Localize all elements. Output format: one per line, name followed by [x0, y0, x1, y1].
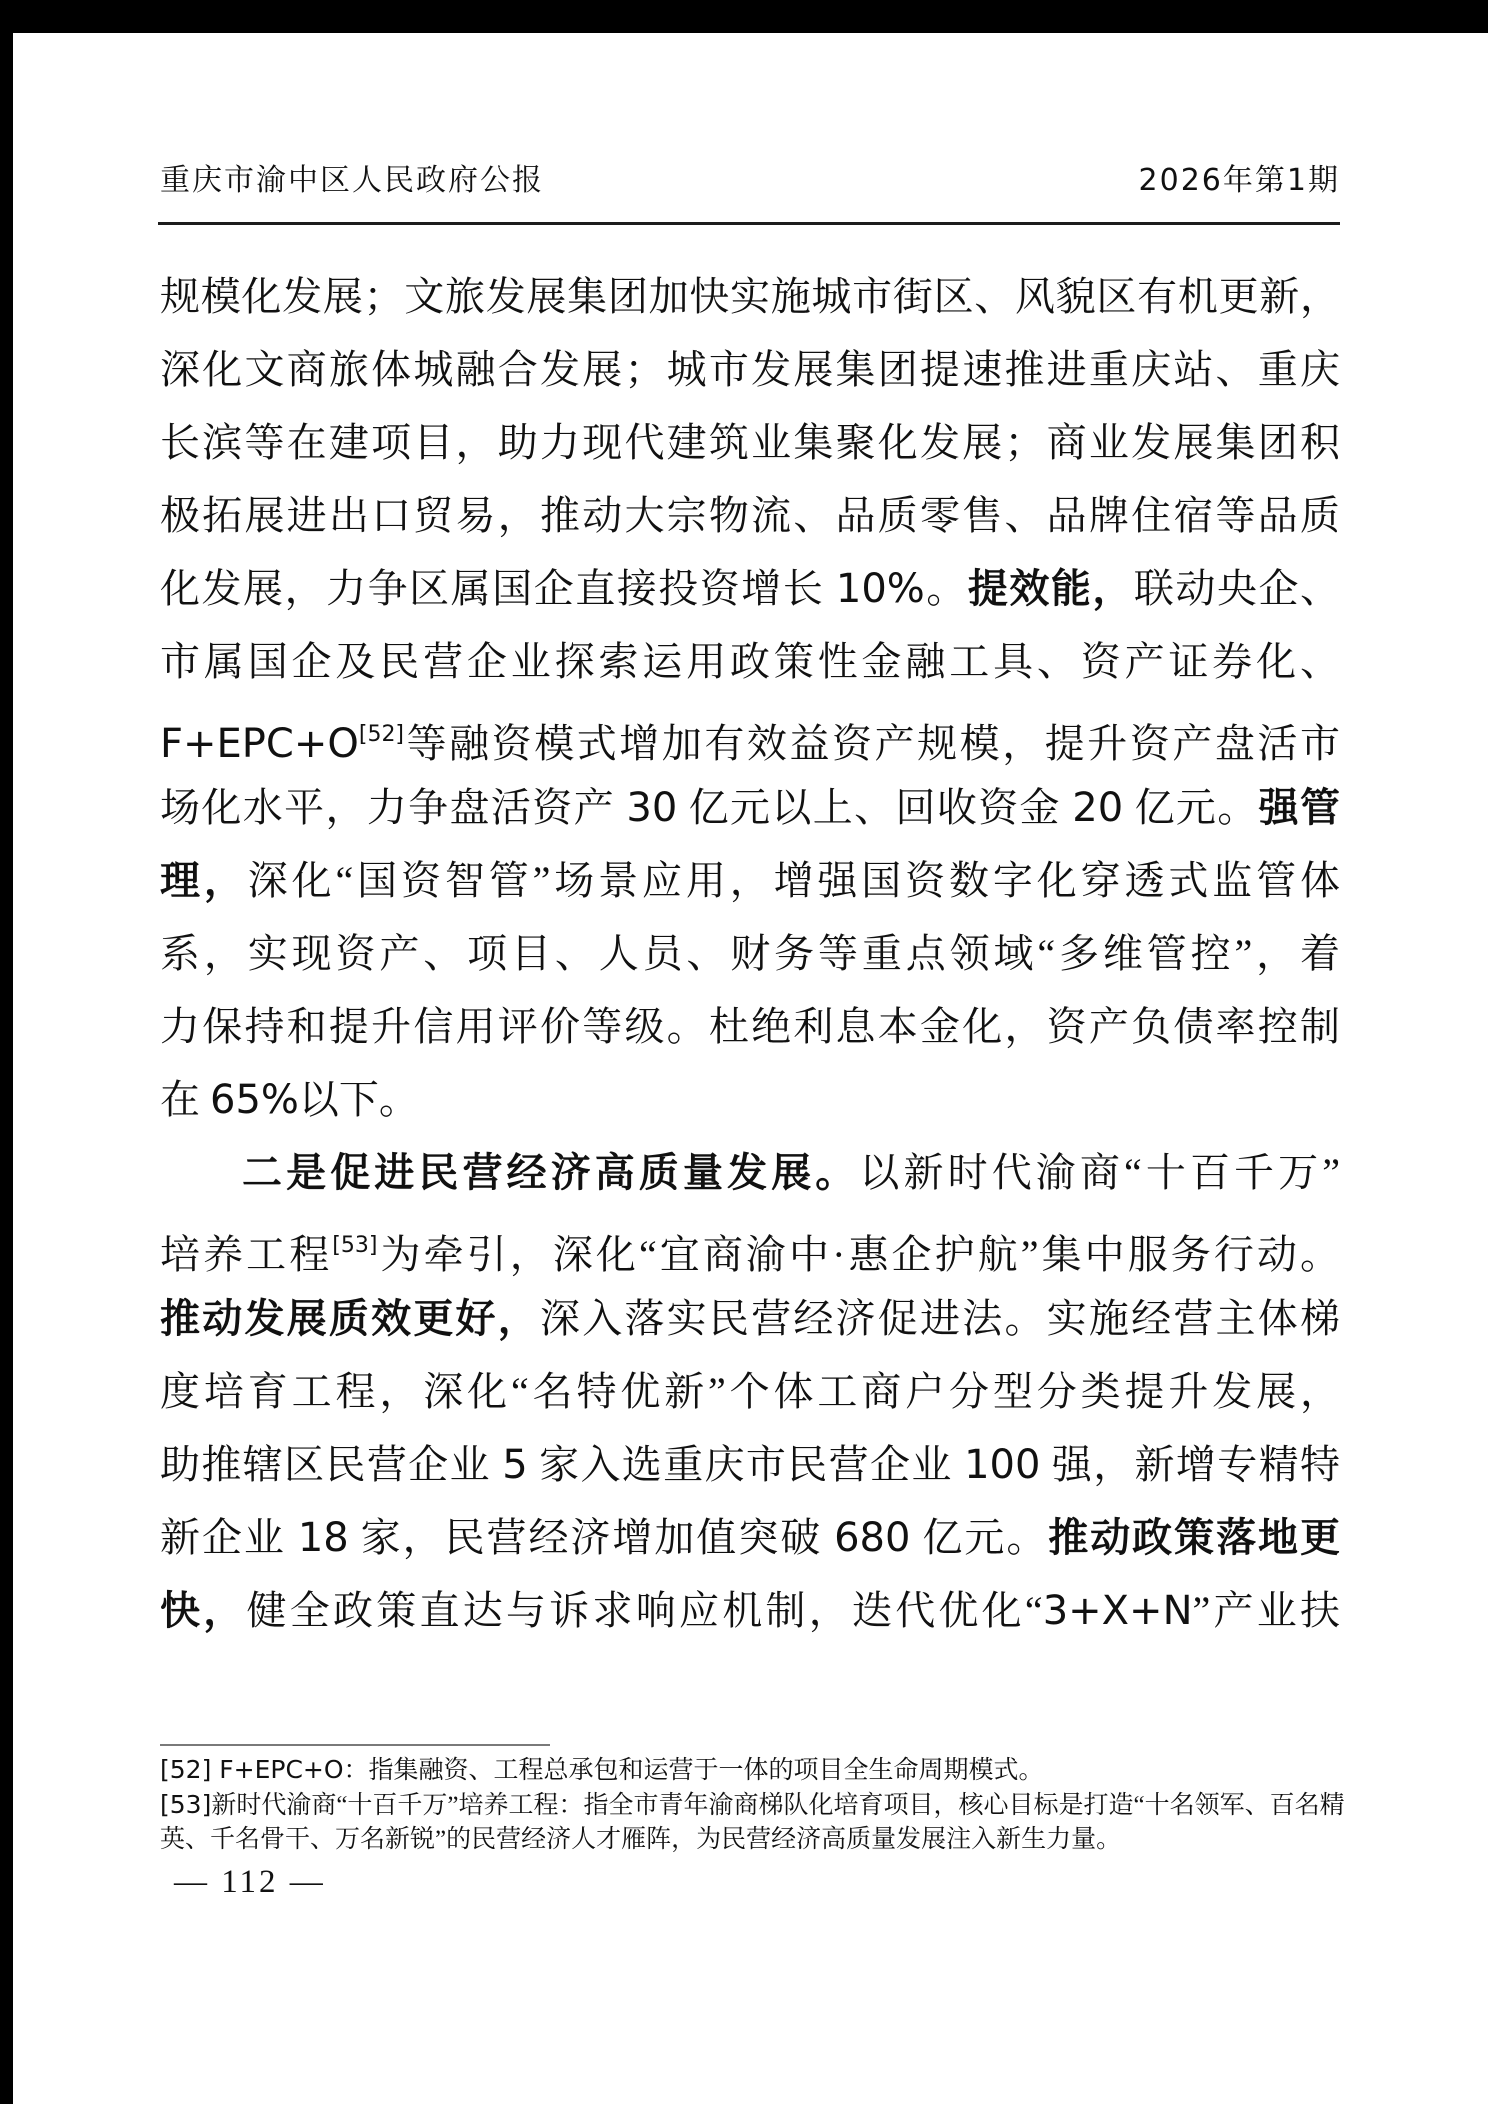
text-segment: 。 — [925, 566, 968, 611]
body-line: 培养工程[53]为牵引，深化“宜商渝中·惠企护航”集中服务行动。 — [160, 1209, 1340, 1282]
text-segment: 年第 — [1223, 164, 1287, 197]
text-segment: 期 — [1308, 164, 1340, 197]
text-segment: 以下。 — [299, 1077, 419, 1122]
body-line: F+EPC+O[52]等融资模式增加有效益资产规模，提升资产盘活市 — [160, 698, 1340, 771]
text-segment: 强，新增专精特 — [1040, 1442, 1340, 1487]
body-line: 规模化发展；文旅发展集团加快实施城市街区、风貌区有机更新， — [160, 260, 1340, 333]
text-segment: 新时代渝商“十百千万”培养工程：指全市青年渝商梯队化培育项目，核心目标是打造“十… — [211, 1792, 1344, 1819]
text-segment: ”产业扶 — [1193, 1588, 1341, 1633]
text-segment: 以新时代渝商“十百千万” — [859, 1150, 1340, 1195]
body-line: 二是促进民营经济高质量发展。以新时代渝商“十百千万” — [160, 1136, 1340, 1209]
body-line: 理，深化“国资智管”场景应用，增强国资数字化穿透式监管体 — [160, 844, 1340, 917]
body-line: 市属国企及民营企业探索运用政策性金融工具、资产证券化、 — [160, 625, 1340, 698]
text-segment: 在 — [160, 1077, 210, 1122]
text-segment: 快， — [160, 1588, 247, 1633]
text-segment: 深化文商旅体城融合发展；城市发展集团提速推进重庆站、重庆 — [160, 347, 1340, 392]
document-body: 规模化发展；文旅发展集团加快实施城市街区、风貌区有机更新，深化文商旅体城融合发展… — [160, 260, 1340, 1647]
text-segment: 家，民营经济增加值突破 — [349, 1515, 834, 1560]
text-segment: 30 — [626, 785, 677, 831]
body-line: 力保持和提升信用评价等级。杜绝利息本金化，资产负债率控制 — [160, 990, 1340, 1063]
text-segment: 化发展，力争区属国企直接投资增长 — [160, 566, 836, 611]
text-segment: 力保持和提升信用评价等级。杜绝利息本金化，资产负债率控制 — [160, 1004, 1340, 1049]
body-line: 新企业 18 家，民营经济增加值突破 680 亿元。推动政策落地更 — [160, 1501, 1340, 1574]
scan-border-left — [0, 0, 13, 2104]
scan-border-top — [0, 0, 1488, 33]
footnote-line: 英、千名骨干、万名新锐”的民营经济人才雁阵，为民营经济高质量发展注入新生力量。 — [160, 1822, 1350, 1857]
body-line: 度培育工程，深化“名特优新”个体工商户分型分类提升发展， — [160, 1355, 1340, 1428]
text-segment: [52] F+EPC+O — [160, 1755, 344, 1784]
body-line: 化发展，力争区属国企直接投资增长 10%。提效能，联动央企、 — [160, 552, 1340, 625]
body-line: 长滨等在建项目，助力现代建筑业集聚化发展；商业发展集团积 — [160, 406, 1340, 479]
text-segment: 推动政策落地更 — [1048, 1515, 1340, 1560]
text-segment: 推动发展质效更好， — [160, 1296, 540, 1341]
footnote-separator — [160, 1744, 550, 1746]
text-segment: 5 — [502, 1442, 527, 1488]
body-line: 助推辖区民营企业 5 家入选重庆市民营企业 100 强，新增专精特 — [160, 1428, 1340, 1501]
text-segment: 为牵引，深化“宜商渝中·惠企护航”集中服务行动。 — [377, 1232, 1340, 1277]
text-segment: 3+X+N — [1043, 1588, 1193, 1634]
page-number: — 112 — — [174, 1864, 326, 1901]
body-line: 极拓展进出口贸易，推动大宗物流、品质零售、品牌住宿等品质 — [160, 479, 1340, 552]
text-segment: 市属国企及民营企业探索运用政策性金融工具、资产证券化、 — [160, 639, 1340, 684]
text-segment: 亿元以上、回收资金 — [677, 785, 1072, 830]
text-segment: 亿元。 — [910, 1515, 1048, 1560]
text-segment: 10% — [836, 566, 925, 612]
footnotes: [52] F+EPC+O：指集融资、工程总承包和运营于一体的项目全生命周期模式。… — [160, 1752, 1350, 1857]
text-segment: [53] — [160, 1790, 211, 1819]
text-segment: F+EPC+O — [160, 721, 359, 767]
text-segment: 系，实现资产、项目、人员、财务等重点领域“多维管控”，着 — [160, 931, 1340, 976]
text-segment: 长滨等在建项目，助力现代建筑业集聚化发展；商业发展集团积 — [160, 420, 1340, 465]
footnote-ref: [53] — [332, 1233, 377, 1258]
text-segment: 1 — [1287, 163, 1308, 198]
body-line: 快，健全政策直达与诉求响应机制，迭代优化“3+X+N”产业扶 — [160, 1574, 1340, 1647]
text-segment: 助推辖区民营企业 — [160, 1442, 502, 1487]
header-rule — [158, 222, 1340, 225]
text-segment: 家入选重庆市民营企业 — [528, 1442, 964, 1487]
gazette-title: 重庆市渝中区人民政府公报 — [160, 164, 544, 198]
text-segment: 680 — [834, 1515, 910, 1561]
text-segment: 等融资模式增加有效益资产规模，提升资产盘活市 — [404, 721, 1340, 766]
footnote-ref: [52] — [359, 722, 404, 747]
text-segment: 20 — [1072, 785, 1123, 831]
text-segment: 深入落实民营经济促进法。实施经营主体梯 — [540, 1296, 1340, 1341]
text-segment: 18 — [298, 1515, 349, 1561]
footnote-line: [52] F+EPC+O：指集融资、工程总承包和运营于一体的项目全生命周期模式。 — [160, 1752, 1350, 1787]
text-segment: 新企业 — [160, 1515, 298, 1560]
text-segment: 100 — [964, 1442, 1040, 1488]
text-segment: 2026 — [1139, 163, 1223, 198]
text-segment: 度培育工程，深化“名特优新”个体工商户分型分类提升发展， — [160, 1369, 1340, 1414]
text-segment: 65% — [210, 1077, 299, 1123]
text-segment: 极拓展进出口贸易，推动大宗物流、品质零售、品牌住宿等品质 — [160, 493, 1340, 538]
text-segment: 英、千名骨干、万名新锐”的民营经济人才雁阵，为民营经济高质量发展注入新生力量。 — [160, 1826, 1121, 1853]
body-line: 深化文商旅体城融合发展；城市发展集团提速推进重庆站、重庆 — [160, 333, 1340, 406]
footnote-line: [53]新时代渝商“十百千万”培养工程：指全市青年渝商梯队化培育项目，核心目标是… — [160, 1787, 1350, 1822]
text-segment: 规模化发展；文旅发展集团加快实施城市街区、风貌区有机更新， — [160, 274, 1340, 319]
body-line: 场化水平，力争盘活资产 30 亿元以上、回收资金 20 亿元。强管 — [160, 771, 1340, 844]
text-segment: 场化水平，力争盘活资产 — [160, 785, 626, 830]
text-segment: 强管 — [1259, 785, 1340, 830]
text-segment: 亿元。 — [1123, 785, 1258, 830]
text-segment: 提效能， — [968, 566, 1134, 611]
issue-label: 2026年第1期 — [1139, 164, 1340, 198]
body-line: 推动发展质效更好，深入落实民营经济促进法。实施经营主体梯 — [160, 1282, 1340, 1355]
text-segment: 二是促进民营经济高质量发展。 — [242, 1150, 859, 1195]
text-segment: 健全政策直达与诉求响应机制，迭代优化“ — [247, 1588, 1043, 1633]
body-line: 在 65%以下。 — [160, 1063, 1340, 1136]
text-segment: ：指集融资、工程总承包和运营于一体的项目全生命周期模式。 — [344, 1757, 1044, 1784]
text-segment: 培养工程 — [160, 1232, 332, 1277]
text-segment: 理， — [160, 858, 248, 903]
text-segment: 联动央企、 — [1134, 566, 1340, 611]
text-segment: 深化“国资智管”场景应用，增强国资数字化穿透式监管体 — [248, 858, 1340, 903]
body-line: 系，实现资产、项目、人员、财务等重点领域“多维管控”，着 — [160, 917, 1340, 990]
